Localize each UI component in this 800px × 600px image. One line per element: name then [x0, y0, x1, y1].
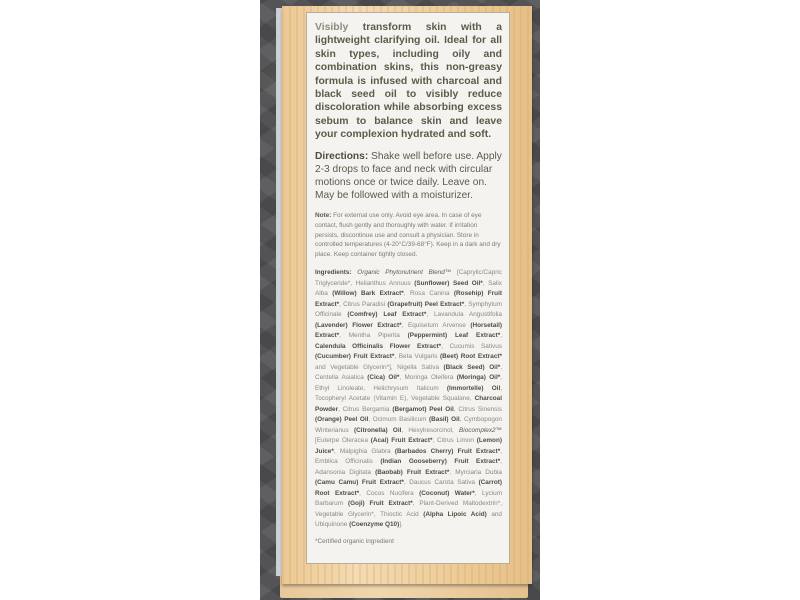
ingredient-run: (Alpha Lipoic Acid)	[423, 511, 487, 518]
ingredient-run: , Moringa Oleifera	[399, 374, 456, 381]
ingredient-run: (Coenzyme Q10)	[349, 521, 399, 528]
ingredient-run: , Rosa Canina	[404, 290, 454, 297]
ingredient-run: , Hexylresorcinol,	[401, 427, 459, 434]
ingredient-run: , Citrus Limon	[432, 437, 476, 444]
ingredients-list: Ingredients: Organic Phytonutrient Blend…	[315, 268, 502, 531]
note-label: Note:	[315, 212, 331, 219]
product-label: Visibly transform skin with a lightweigh…	[306, 12, 510, 564]
description-text: transform skin with a lightweight clarif…	[315, 22, 502, 140]
ingredient-run: , Lavandula Angustifolia	[426, 311, 502, 318]
ingredient-run: (Coconut) Water*	[419, 490, 475, 497]
ingredient-run: Biocomplex2™	[459, 427, 502, 434]
ingredient-run: (Lavender) Flower Extract*	[315, 322, 402, 329]
ingredient-run: , Ocimum Basilicum	[368, 416, 429, 423]
ingredient-run: (Barbados Cherry) Fruit Extract*	[395, 448, 500, 455]
ingredient-run: (Sunflower) Seed Oil*	[414, 280, 483, 287]
ingredient-run: (Grapefruit) Peel Extract*	[387, 301, 464, 308]
ingredient-run: ].	[399, 521, 403, 528]
organic-footnote: *Certified organic ingredient	[315, 538, 394, 545]
ingredient-run: (Moringa) Oil*	[457, 374, 501, 381]
ingredient-run: (Citronella) Oil	[354, 427, 401, 434]
ingredient-run: Calendula Officinalis Flower Extract*	[315, 343, 441, 350]
description-lead: Visibly	[315, 22, 348, 33]
note-text: For external use only. Avoid eye area. I…	[315, 212, 501, 257]
ingredient-run: (Camu Camu) Fruit Extract*	[315, 479, 404, 486]
ingredients-label: Ingredients:	[315, 269, 352, 276]
ingredient-run: (Black Seed) Oil*	[444, 364, 501, 371]
ingredient-run: , Equisetum Arvense	[402, 322, 471, 329]
ingredient-run: (Willow) Bark Extract*	[332, 290, 404, 297]
ingredient-run: and Vegetable Glycerin*], Nigella Sativa	[315, 364, 444, 371]
ingredient-run: (Cucumber) Fruit Extract*	[315, 353, 394, 360]
ingredient-run: ,	[500, 332, 502, 339]
ingredient-run: , Cocos Nucifera	[359, 490, 419, 497]
ingredient-run: Organic Phytonutrient Blend™	[357, 269, 451, 276]
ingredient-run: [Euterpe Oleracea	[315, 437, 371, 444]
directions: Directions: Shake well before use. Apply…	[315, 150, 502, 203]
ingredient-run: (Immortelle) Oil	[447, 385, 500, 392]
ingredient-run: (Basil) Oil	[429, 416, 460, 423]
ingredient-run: , Citrus Bergamia	[338, 406, 392, 413]
ingredient-run: (Acai) Fruit Extract*	[371, 437, 433, 444]
ingredient-run: , Mentha Piperita	[339, 332, 408, 339]
ingredient-run: , Cucumis Sativus	[441, 343, 502, 350]
ingredient-run: (Beet) Root Extract*	[440, 353, 502, 360]
ingredient-run: , Citrus Sinensis	[454, 406, 502, 413]
ingredient-run: (Peppermint) Leaf Extract*	[408, 332, 501, 339]
ingredient-run: , Myrciaria Dubia	[449, 469, 502, 476]
note: Note: For external use only. Avoid eye a…	[315, 211, 502, 259]
ingredient-run: (Comfrey) Leaf Extract*	[347, 311, 426, 318]
ingredient-run: (Bergamot) Peel Oil	[392, 406, 453, 413]
product-description: Visibly transform skin with a lightweigh…	[315, 21, 502, 142]
directions-label: Directions:	[315, 151, 368, 162]
ingredient-run: (Goji) Fruit Extract*	[348, 500, 413, 507]
ingredient-run: , Beta Vulgaris	[394, 353, 440, 360]
ingredient-run: , Daucus Carota Sativa	[404, 479, 479, 486]
ingredient-run: (Cica) Oil*	[367, 374, 399, 381]
ingredient-run: , Malpighia Glabra	[334, 448, 395, 455]
ingredient-run: (Indian Gooseberry) Fruit Extract*	[380, 458, 500, 465]
ingredient-run: (Orange) Peel Oil	[315, 416, 368, 423]
ingredient-run: , Citrus Paradisi	[339, 301, 387, 308]
ingredient-run: (Baobab) Fruit Extract*	[375, 469, 449, 476]
